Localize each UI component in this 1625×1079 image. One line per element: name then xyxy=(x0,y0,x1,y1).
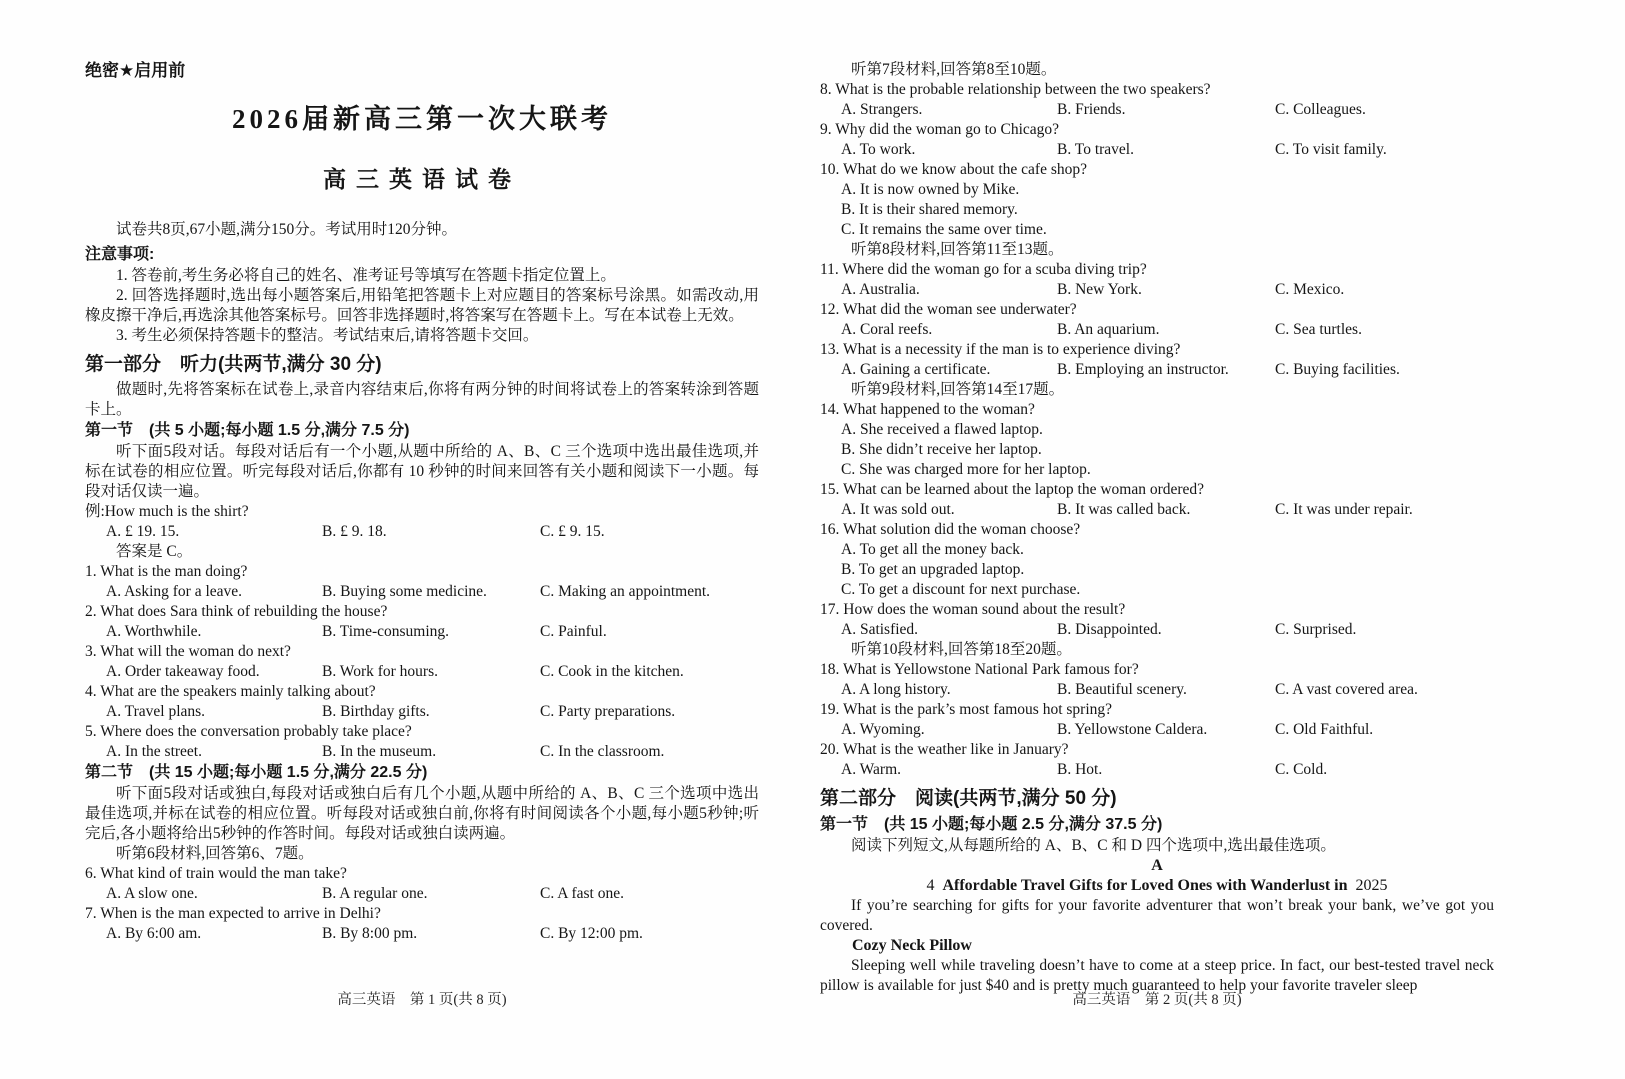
option-c: C. She was charged more for her laptop. xyxy=(841,460,1494,480)
option-b: B. Disappointed. xyxy=(1057,620,1275,640)
option-a: A. In the street. xyxy=(106,742,322,762)
option-b: B. Beautiful scenery. xyxy=(1057,680,1275,700)
paper-title: 高三英语试卷 xyxy=(85,164,759,194)
passage-title-year: 2025 xyxy=(1356,877,1388,894)
question-3: 3. What will the woman do next? xyxy=(85,642,759,662)
option-a: A. By 6:00 am. xyxy=(106,924,322,944)
option-a: A. Warm. xyxy=(841,760,1057,780)
section2-heading: 第二节 (共 15 小题;每小题 1.5 分,满分 22.5 分) xyxy=(85,762,759,784)
page-1: 绝密★启用前 2026届新高三第一次大联考 高三英语试卷 试卷共8页,67小题,… xyxy=(85,60,759,944)
option-c: C. Cook in the kitchen. xyxy=(540,662,759,682)
option-c: C. In the classroom. xyxy=(540,742,759,762)
option-c: C. A fast one. xyxy=(540,884,759,904)
section2-intro: 听下面5段对话或独白,每段对话或独白后有几个小题,从题中所给的 A、B、C 三个… xyxy=(85,784,759,844)
option-c: C. Party preparations. xyxy=(540,702,759,722)
question-8-options: A. Strangers. B. Friends. C. Colleagues. xyxy=(820,100,1494,120)
option-c: C. To visit family. xyxy=(1275,140,1494,160)
question-14-options: A. She received a flawed laptop. B. She … xyxy=(820,420,1494,480)
page-1-footer: 高三英语 第 1 页(共 8 页) xyxy=(85,990,759,1010)
notice-item-1: 1. 答卷前,考生务必将自己的姓名、准考证号等填写在答题卡指定位置上。 xyxy=(85,266,759,286)
option-b: B. Work for hours. xyxy=(322,662,540,682)
option-a: A. Coral reefs. xyxy=(841,320,1057,340)
option-a: A. To get all the money back. xyxy=(841,540,1494,560)
option-c: C. To get a discount for next purchase. xyxy=(841,580,1494,600)
option-c: C. It remains the same over time. xyxy=(841,220,1494,240)
option-b: B. New York. xyxy=(1057,280,1275,300)
question-5: 5. Where does the conversation probably … xyxy=(85,722,759,742)
question-10: 10. What do we know about the cafe shop? xyxy=(820,160,1494,180)
option-b: B. Buying some medicine. xyxy=(322,582,540,602)
passage-title-number: 4 xyxy=(926,877,934,894)
option-a: A. Wyoming. xyxy=(841,720,1057,740)
question-2-options: A. Worthwhile. B. Time-consuming. C. Pai… xyxy=(85,622,759,642)
option-a: A. Worthwhile. xyxy=(106,622,322,642)
option-a: A. Satisfied. xyxy=(841,620,1057,640)
option-b: B. A regular one. xyxy=(322,884,540,904)
question-20-options: A. Warm. B. Hot. C. Cold. xyxy=(820,760,1494,780)
question-6-options: A. A slow one. B. A regular one. C. A fa… xyxy=(85,884,759,904)
option-b: B. She didn’t receive her laptop. xyxy=(841,440,1494,460)
question-3-options: A. Order takeaway food. B. Work for hour… xyxy=(85,662,759,682)
question-17-options: A. Satisfied. B. Disappointed. C. Surpri… xyxy=(820,620,1494,640)
exam-meta: 试卷共8页,67小题,满分150分。考试用时120分钟。 xyxy=(85,220,759,240)
material-note-9: 听第9段材料,回答第14至17题。 xyxy=(820,380,1494,400)
option-c: C. Painful. xyxy=(540,622,759,642)
option-b: B. In the museum. xyxy=(322,742,540,762)
page-2-footer: 高三英语 第 2 页(共 8 页) xyxy=(820,990,1494,1010)
option-b: B. £ 9. 18. xyxy=(322,522,540,542)
question-16: 16. What solution did the woman choose? xyxy=(820,520,1494,540)
exam-paper-scan: 绝密★启用前 2026届新高三第一次大联考 高三英语试卷 试卷共8页,67小题,… xyxy=(0,0,1625,1079)
option-b: B. Time-consuming. xyxy=(322,622,540,642)
question-11-options: A. Australia. B. New York. C. Mexico. xyxy=(820,280,1494,300)
example-answer: 答案是 C。 xyxy=(85,542,759,562)
material-note-8: 听第8段材料,回答第11至13题。 xyxy=(820,240,1494,260)
question-12-options: A. Coral reefs. B. An aquarium. C. Sea t… xyxy=(820,320,1494,340)
material-note-10: 听第10段材料,回答第18至20题。 xyxy=(820,640,1494,660)
passage-label: A xyxy=(820,856,1494,876)
question-18-options: A. A long history. B. Beautiful scenery.… xyxy=(820,680,1494,700)
option-b: B. It is their shared memory. xyxy=(841,200,1494,220)
option-b: B. Hot. xyxy=(1057,760,1275,780)
question-20: 20. What is the weather like in January? xyxy=(820,740,1494,760)
material-note-6: 听第6段材料,回答第6、7题。 xyxy=(85,844,759,864)
option-b: B. Birthday gifts. xyxy=(322,702,540,722)
passage-title: 4 Affordable Travel Gifts for Loved Ones… xyxy=(820,876,1494,896)
part1-heading: 第一部分 听力(共两节,满分 30 分) xyxy=(85,352,759,378)
option-a: A. It was sold out. xyxy=(841,500,1057,520)
question-13: 13. What is a necessity if the man is to… xyxy=(820,340,1494,360)
option-c: C. Mexico. xyxy=(1275,280,1494,300)
question-18: 18. What is Yellowstone National Park fa… xyxy=(820,660,1494,680)
notice-heading: 注意事项: xyxy=(85,244,759,266)
question-4-options: A. Travel plans. B. Birthday gifts. C. P… xyxy=(85,702,759,722)
option-b: B. An aquarium. xyxy=(1057,320,1275,340)
part2-heading: 第二部分 阅读(共两节,满分 50 分) xyxy=(820,786,1494,812)
option-b: B. It was called back. xyxy=(1057,500,1275,520)
option-c: C. Sea turtles. xyxy=(1275,320,1494,340)
question-12: 12. What did the woman see underwater? xyxy=(820,300,1494,320)
option-a: A. Australia. xyxy=(841,280,1057,300)
question-11: 11. Where did the woman go for a scuba d… xyxy=(820,260,1494,280)
option-b: B. To get an upgraded laptop. xyxy=(841,560,1494,580)
question-17: 17. How does the woman sound about the r… xyxy=(820,600,1494,620)
option-c: C. £ 9. 15. xyxy=(540,522,759,542)
question-1: 1. What is the man doing? xyxy=(85,562,759,582)
option-a: A. She received a flawed laptop. xyxy=(841,420,1494,440)
part1-intro: 做题时,先将答案标在试卷上,录音内容结束后,你将有两分钟的时间将试卷上的答案转涂… xyxy=(85,380,759,420)
option-b: B. Employing an instructor. xyxy=(1057,360,1275,380)
option-c: C. A vast covered area. xyxy=(1275,680,1494,700)
page-2: 听第7段材料,回答第8至10题。 8. What is the probable… xyxy=(820,60,1494,996)
part2-section1-heading: 第一节 (共 15 小题;每小题 2.5 分,满分 37.5 分) xyxy=(820,814,1494,836)
passage-paragraph-1: If you’re searching for gifts for your f… xyxy=(820,896,1494,936)
option-a: A. A long history. xyxy=(841,680,1057,700)
question-8: 8. What is the probable relationship bet… xyxy=(820,80,1494,100)
question-6: 6. What kind of train would the man take… xyxy=(85,864,759,884)
question-9-options: A. To work. B. To travel. C. To visit fa… xyxy=(820,140,1494,160)
option-a: A. Order takeaway food. xyxy=(106,662,322,682)
option-c: C. Cold. xyxy=(1275,760,1494,780)
option-b: B. Friends. xyxy=(1057,100,1275,120)
option-a: A. Gaining a certificate. xyxy=(841,360,1057,380)
question-1-options: A. Asking for a leave. B. Buying some me… xyxy=(85,582,759,602)
option-a: A. Asking for a leave. xyxy=(106,582,322,602)
question-16-options: A. To get all the money back. B. To get … xyxy=(820,540,1494,600)
option-b: B. By 8:00 pm. xyxy=(322,924,540,944)
question-15-options: A. It was sold out. B. It was called bac… xyxy=(820,500,1494,520)
question-19: 19. What is the park’s most famous hot s… xyxy=(820,700,1494,720)
option-a: A. A slow one. xyxy=(106,884,322,904)
example-options: A. £ 19. 15. B. £ 9. 18. C. £ 9. 15. xyxy=(85,522,759,542)
option-c: C. By 12:00 pm. xyxy=(540,924,759,944)
secret-label: 绝密★启用前 xyxy=(85,60,759,82)
option-c: C. It was under repair. xyxy=(1275,500,1494,520)
option-b: B. To travel. xyxy=(1057,140,1275,160)
exam-title: 2026届新高三第一次大联考 xyxy=(85,102,759,136)
question-5-options: A. In the street. B. In the museum. C. I… xyxy=(85,742,759,762)
question-7: 7. When is the man expected to arrive in… xyxy=(85,904,759,924)
reading-instruction: 阅读下列短文,从每题所给的 A、B、C 和 D 四个选项中,选出最佳选项。 xyxy=(820,836,1494,856)
example-question: 例:How much is the shirt? xyxy=(85,502,759,522)
passage-title-text: Affordable Travel Gifts for Loved Ones w… xyxy=(942,877,1347,894)
material-note-7: 听第7段材料,回答第8至10题。 xyxy=(820,60,1494,80)
question-9: 9. Why did the woman go to Chicago? xyxy=(820,120,1494,140)
option-a: A. It is now owned by Mike. xyxy=(841,180,1494,200)
option-c: C. Colleagues. xyxy=(1275,100,1494,120)
section1-intro: 听下面5段对话。每段对话后有一个小题,从题中所给的 A、B、C 三个选项中选出最… xyxy=(85,442,759,502)
question-2: 2. What does Sara think of rebuilding th… xyxy=(85,602,759,622)
question-4: 4. What are the speakers mainly talking … xyxy=(85,682,759,702)
question-14: 14. What happened to the woman? xyxy=(820,400,1494,420)
option-c: C. Surprised. xyxy=(1275,620,1494,640)
option-a: A. Strangers. xyxy=(841,100,1057,120)
option-b: B. Yellowstone Caldera. xyxy=(1057,720,1275,740)
section1-heading: 第一节 (共 5 小题;每小题 1.5 分,满分 7.5 分) xyxy=(85,420,759,442)
option-a: A. £ 19. 15. xyxy=(106,522,322,542)
question-19-options: A. Wyoming. B. Yellowstone Caldera. C. O… xyxy=(820,720,1494,740)
passage-subheading: Cozy Neck Pillow xyxy=(820,936,1494,956)
option-a: A. To work. xyxy=(841,140,1057,160)
question-7-options: A. By 6:00 am. B. By 8:00 pm. C. By 12:0… xyxy=(85,924,759,944)
question-10-options: A. It is now owned by Mike. B. It is the… xyxy=(820,180,1494,240)
option-c: C. Making an appointment. xyxy=(540,582,759,602)
option-c: C. Buying facilities. xyxy=(1275,360,1494,380)
notice-item-3: 3. 考生必须保持答题卡的整洁。考试结束后,请将答题卡交回。 xyxy=(85,326,759,346)
notice-item-2: 2. 回答选择题时,选出每小题答案后,用铅笔把答题卡上对应题目的答案标号涂黑。如… xyxy=(85,286,759,326)
question-15: 15. What can be learned about the laptop… xyxy=(820,480,1494,500)
option-a: A. Travel plans. xyxy=(106,702,322,722)
question-13-options: A. Gaining a certificate. B. Employing a… xyxy=(820,360,1494,380)
option-c: C. Old Faithful. xyxy=(1275,720,1494,740)
